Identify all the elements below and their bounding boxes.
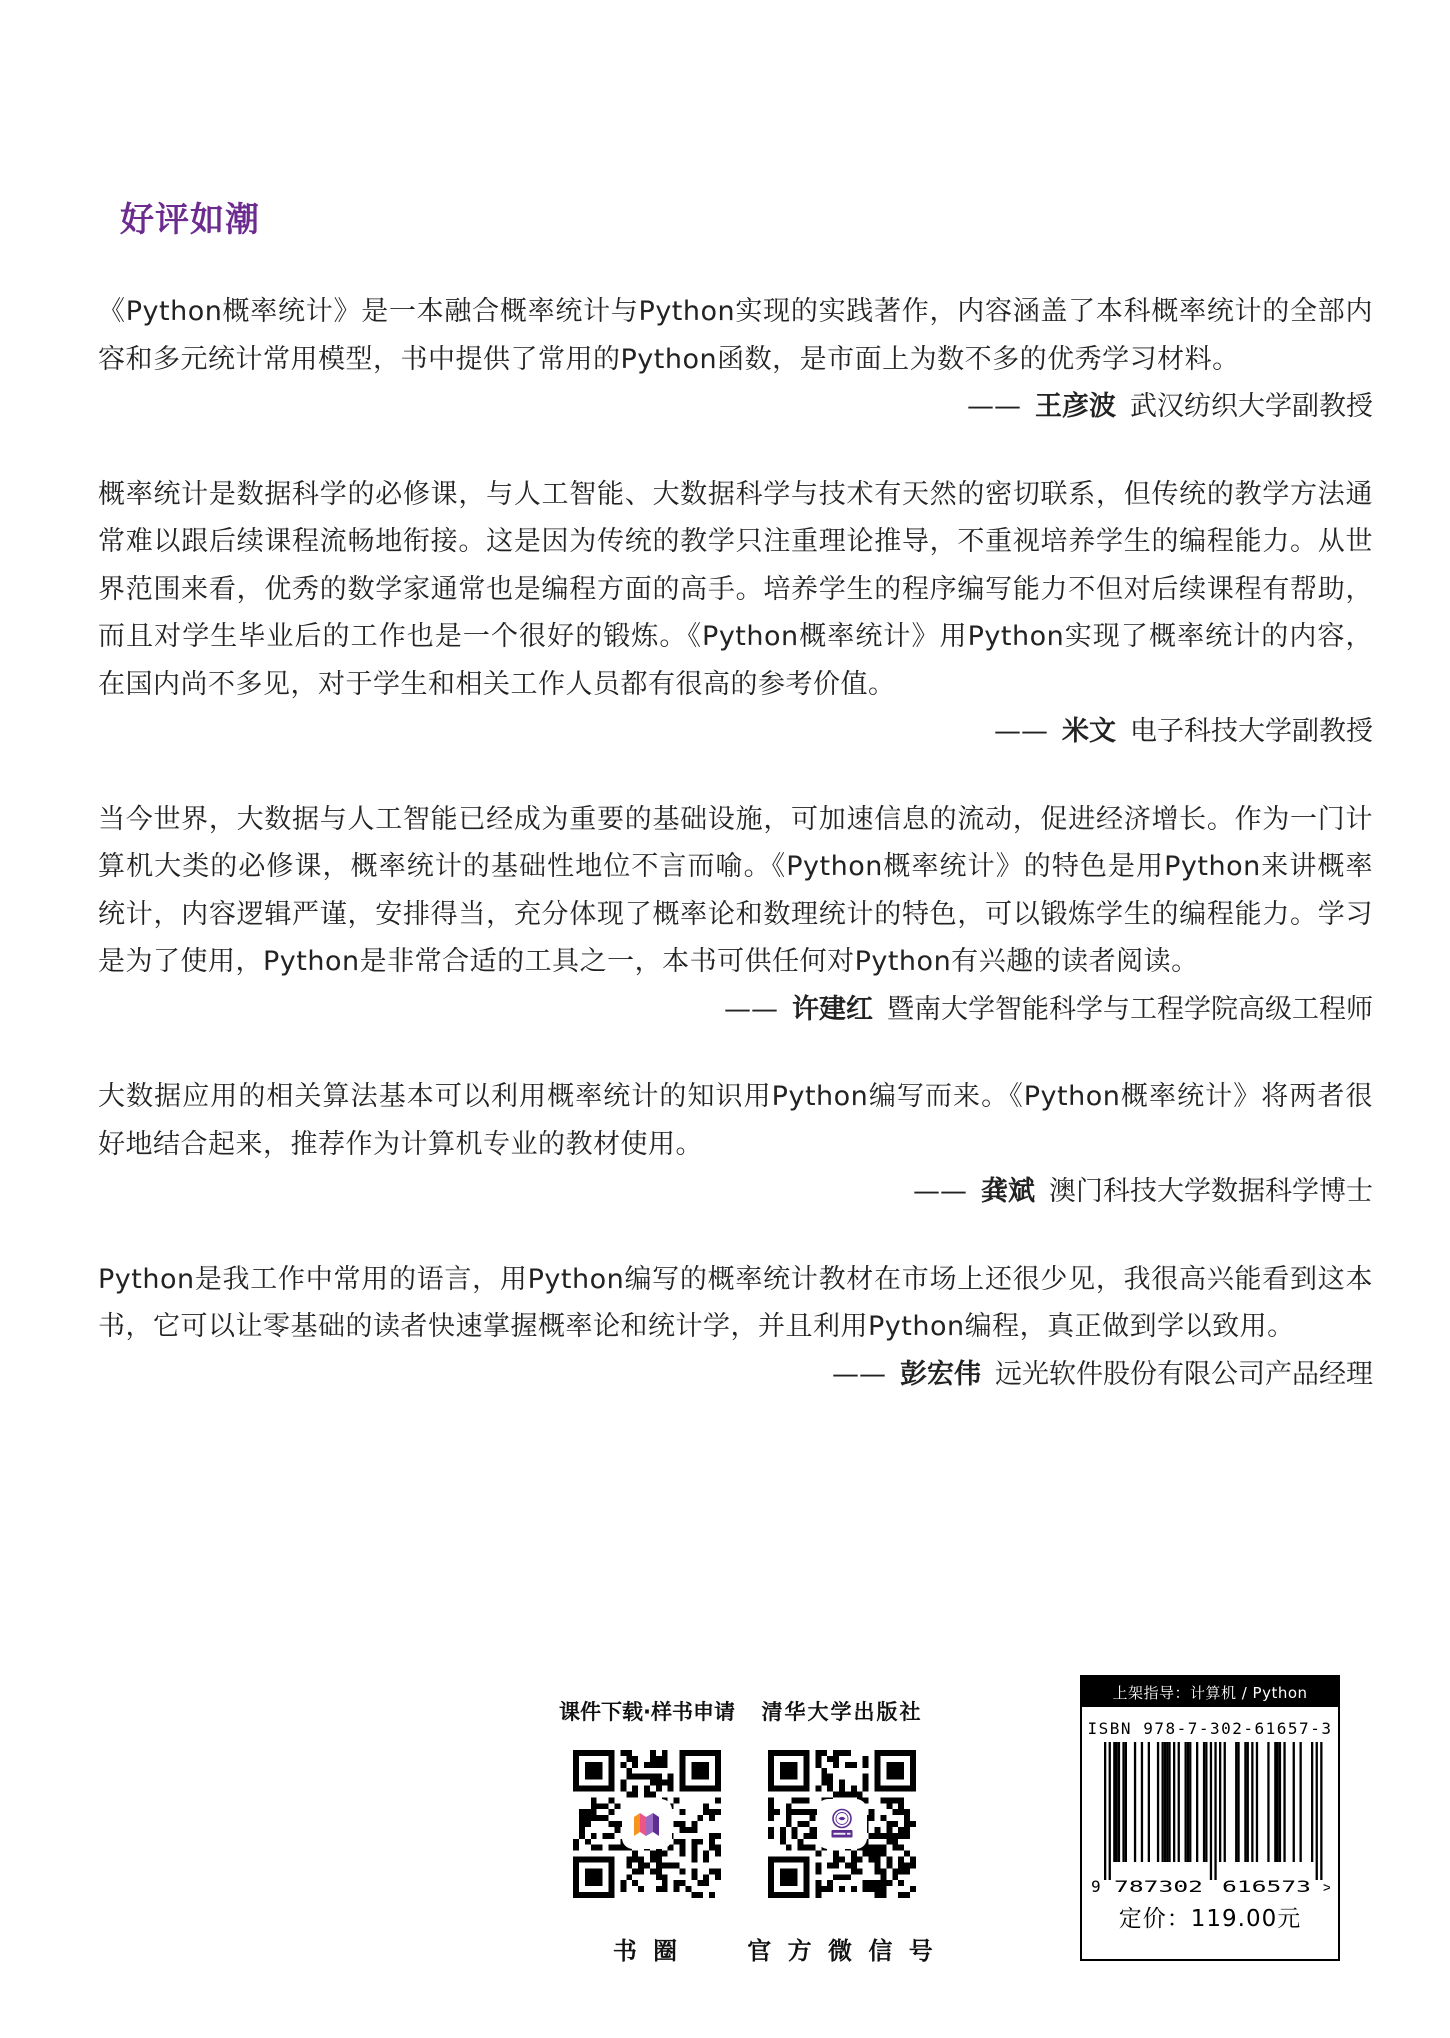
- price-text: 定价：119.00元: [1082, 1900, 1338, 1933]
- qr-right-bottom-label: 官 方 微 信 号: [747, 1936, 937, 1966]
- reviewer-affiliation: 澳门科技大学数据科学博士: [1049, 1176, 1373, 1207]
- reviewer-name: 王彦波: [1035, 391, 1116, 422]
- book-icon: [624, 1801, 670, 1847]
- review-paragraph: Python是我工作中常用的语言，用Python编写的概率统计教材在市场上还很少…: [98, 1256, 1373, 1351]
- attribution-dash: ——: [913, 1176, 967, 1207]
- qr-left-top-label: 课件下载·样书申请: [552, 1698, 742, 1726]
- qr-code-shuquan: [573, 1750, 721, 1898]
- review-item: 《Python概率统计》是一本融合概率统计与Python实现的实践著作，内容涵盖…: [98, 288, 1373, 431]
- review-attribution: ——米文电子科技大学副教授: [98, 708, 1373, 756]
- reviewer-name: 龚斌: [981, 1176, 1035, 1207]
- svg-text:9: 9: [1091, 1877, 1101, 1894]
- attribution-dash: ——: [994, 716, 1048, 747]
- qr-right-top-label: 清华大学出版社: [747, 1698, 937, 1726]
- review-item: 大数据应用的相关算法基本可以利用概率统计的知识用Python编写而来。《Pyth…: [98, 1073, 1373, 1216]
- svg-text:787302: 787302: [1114, 1877, 1203, 1894]
- review-attribution: ——王彦波武汉纺织大学副教授: [98, 383, 1373, 431]
- qr-code-tsinghua: [768, 1750, 916, 1898]
- reviewer-name: 米文: [1062, 716, 1116, 747]
- isbn-box: 上架指导：计算机 / Python ISBN 978-7-302-61657-3…: [1080, 1675, 1340, 1961]
- review-attribution: ——许建红暨南大学智能科学与工程学院高级工程师: [98, 986, 1373, 1034]
- review-paragraph: 《Python概率统计》是一本融合概率统计与Python实现的实践著作，内容涵盖…: [98, 288, 1373, 383]
- attribution-dash: ——: [832, 1359, 886, 1390]
- qr-section-shuquan: 课件下载·样书申请 书 圈: [552, 1698, 742, 1966]
- review-paragraph: 大数据应用的相关算法基本可以利用概率统计的知识用Python编写而来。《Pyth…: [98, 1073, 1373, 1168]
- svg-text:616573: 616573: [1222, 1877, 1311, 1894]
- reviews-section: 好评如潮 《Python概率统计》是一本融合概率统计与Python实现的实践著作…: [98, 200, 1373, 1438]
- qr-section-tsinghua-press: 清华大学出版社 官 方 微 信 号: [747, 1698, 937, 1966]
- review-paragraph: 当今世界，大数据与人工智能已经成为重要的基础设施，可加速信息的流动，促进经济增长…: [98, 796, 1373, 986]
- svg-text:>: >: [1323, 1880, 1330, 1894]
- isbn-text: ISBN 978-7-302-61657-3: [1082, 1719, 1338, 1738]
- ean13-barcode: 9787302616573>: [1090, 1742, 1330, 1894]
- review-attribution: ——彭宏伟远光软件股份有限公司产品经理: [98, 1351, 1373, 1399]
- attribution-dash: ——: [724, 994, 778, 1025]
- reviewer-affiliation: 暨南大学智能科学与工程学院高级工程师: [887, 994, 1373, 1025]
- page-title: 好评如潮: [120, 200, 1373, 240]
- review-item: 当今世界，大数据与人工智能已经成为重要的基础设施，可加速信息的流动，促进经济增长…: [98, 796, 1373, 1034]
- reviewer-name: 彭宏伟: [900, 1359, 981, 1390]
- review-attribution: ——龚斌澳门科技大学数据科学博士: [98, 1168, 1373, 1216]
- reviewer-affiliation: 武汉纺织大学副教授: [1130, 391, 1373, 422]
- attribution-dash: ——: [967, 391, 1021, 422]
- reviewer-affiliation: 远光软件股份有限公司产品经理: [995, 1359, 1373, 1390]
- tsinghua-emblem-icon: [819, 1801, 865, 1847]
- review-item: 概率统计是数据科学的必修课，与人工智能、大数据科学与技术有天然的密切联系，但传统…: [98, 471, 1373, 756]
- review-paragraph: 概率统计是数据科学的必修课，与人工智能、大数据科学与技术有天然的密切联系，但传统…: [98, 471, 1373, 709]
- reviewer-affiliation: 电子科技大学副教授: [1130, 716, 1373, 747]
- review-item: Python是我工作中常用的语言，用Python编写的概率统计教材在市场上还很少…: [98, 1256, 1373, 1399]
- reviewer-name: 许建红: [792, 994, 873, 1025]
- qr-left-bottom-label: 书 圈: [552, 1936, 742, 1966]
- shelf-guide-bar: 上架指导：计算机 / Python: [1082, 1677, 1338, 1707]
